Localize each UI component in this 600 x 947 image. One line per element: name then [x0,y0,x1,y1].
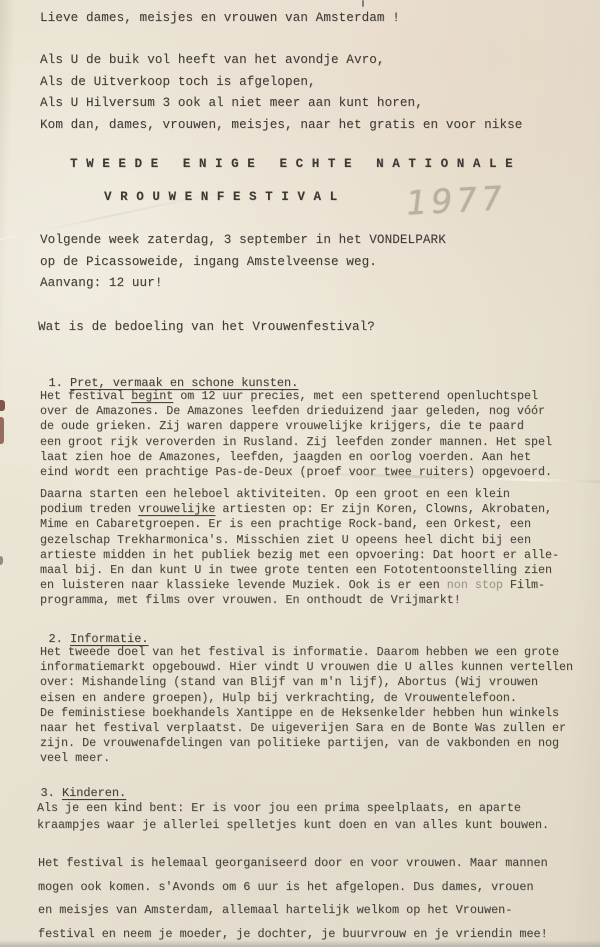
body-line: podium treden vrouwelijke artiesten op: … [40,502,559,517]
section-3-number: 3. [41,786,62,800]
stray-ink-mark [362,0,364,7]
intro-line: Kom dan, dames, vrouwen, meisjes, naar h… [40,115,522,137]
underlined-word: vrouwelijke [138,502,215,516]
typewritten-flyer-page: Lieve dames, meisjes en vrouwen van Amst… [0,0,600,947]
faint-typed-words: non stop [447,578,503,592]
body-line: over: Mishandeling (stand van Blijf van … [40,675,573,690]
body-line: eisen en andere groepen), Hulp bij verkr… [40,691,573,706]
closing-paragraph: Het festival is helemaal georganiseerd d… [38,852,548,946]
body-line: zijn. De vrouwenafdelingen van politieke… [40,736,573,751]
section-2-paragraph: Het tweede doel van het festival is info… [40,645,573,767]
edge-smudge [0,556,3,565]
body-line: laat zien hoe de Amazones, leefden, jaag… [40,450,552,465]
event-detail-line: op de Picassoweide, ingang Amstelveense … [40,252,446,274]
closing-line: mogen ook komen. s'Avonds om 6 uur is he… [38,876,548,900]
section-1-heading: Pret, vermaak en schone kunsten. [70,376,298,390]
event-detail-line: Aanvang: 12 uur! [40,273,446,295]
section-1-paragraph-2: Daarna starten een heleboel aktiviteiten… [40,487,559,609]
body-line: een groot rijk veroverden in Rusland. Zi… [40,435,552,450]
text-run: Het festival [40,389,131,403]
body-line: de oude grieken. Zij waren dappere vrouw… [40,419,552,434]
text-run: om 12 uur precies, met een spetterend op… [173,389,538,403]
event-detail-line: Volgende week zaterdag, 3 september in h… [40,230,446,252]
festival-title-line-2: V R O U W E N F E S T I V A L [104,190,338,204]
body-line: eind wordt een prachtige Pas-de-Deux (pr… [40,465,552,480]
handwritten-year-annotation: 1977 [404,178,509,223]
underlined-word: begint [131,389,173,403]
body-line: Mime en Cabaretgroepen. Er is een pracht… [40,517,559,532]
closing-line: en meisjes van Amsterdam, allemaal harte… [38,899,548,923]
closing-line: festival en neem je moeder, je dochter, … [38,923,548,947]
question-line: Wat is de bedoeling van het Vrouwenfesti… [38,317,375,339]
intro-line: Als U de buik vol heeft van het avondje … [40,50,522,72]
section-1-paragraph-1: Het festival begint om 12 uur precies, m… [40,389,552,480]
body-line: Daarna starten een heleboel aktiviteiten… [40,487,559,502]
body-line: kraampjes waar je allerlei spelletjes ku… [37,817,549,834]
body-line: Als je een kind bent: Er is voor jou een… [37,800,549,817]
body-line: De feministiese boekhandels Xantippe en … [40,706,573,721]
closing-line: Het festival is helemaal georganiseerd d… [38,852,548,876]
text-run: Film- [503,578,545,592]
intro-line: Als de Uitverkoop toch is afgelopen, [40,72,522,94]
intro-verse: Als U de buik vol heeft van het avondje … [40,50,522,136]
salutation: Lieve dames, meisjes en vrouwen van Amst… [40,8,400,30]
body-line: naar het festival verplaatst. De uigever… [40,721,573,736]
section-1-number: 1. [49,376,70,390]
text-run: artiesten op: Er zijn Koren, Clowns, Akr… [215,502,552,516]
body-line: programma, met films over vrouwen. En on… [40,593,559,608]
edge-smudge [0,400,5,411]
body-line: Het festival begint om 12 uur precies, m… [40,389,552,404]
body-line: veel meer. [40,751,573,766]
body-line: maal bij. En dan kunt U in twee grote te… [40,563,559,578]
body-line: artieste midden in het publiek bezig met… [40,548,559,563]
festival-title-line-1: T W E E D E E N I G E E C H T E N A T I … [70,157,513,171]
section-2-heading: Informatie. [70,632,149,646]
text-run: en luisteren naar klassieke levende Muzi… [40,578,447,592]
body-line: over de Amazones. De Amazones leefden dr… [40,404,552,419]
section-3-paragraph: Als je een kind bent: Er is voor jou een… [37,800,549,834]
body-line: gezelschap Trekharmonica's. Misschien zi… [40,533,559,548]
body-line: informatiemarkt opgebouwd. Hier vindt U … [40,660,573,675]
edge-smudge [0,417,4,444]
section-2-number: 2. [49,632,70,646]
body-line: Het tweede doel van het festival is info… [40,645,573,660]
body-line: en luisteren naar klassieke levende Muzi… [40,578,559,593]
text-run: podium treden [40,502,138,516]
intro-line: Als U Hilversum 3 ook al niet meer aan k… [40,93,522,115]
event-details: Volgende week zaterdag, 3 september in h… [40,230,446,295]
section-3-heading: Kinderen. [62,786,126,800]
